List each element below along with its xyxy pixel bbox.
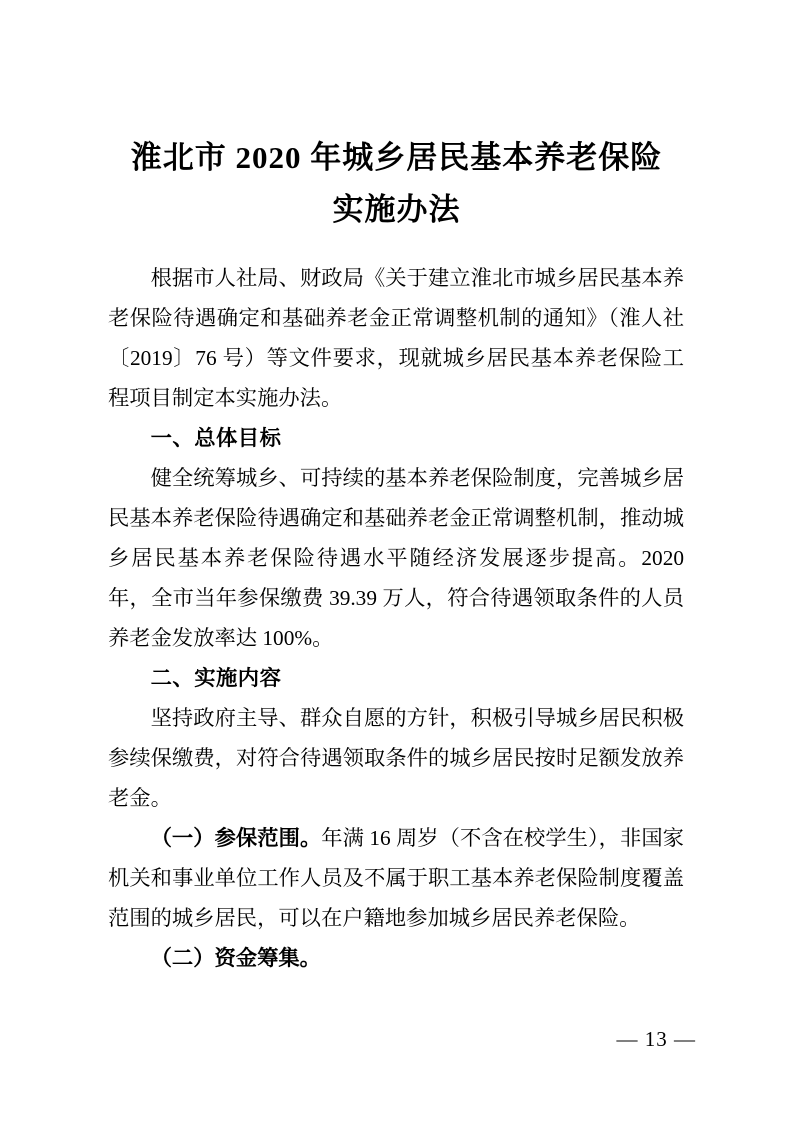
section-1-heading: 一、总体目标 — [108, 418, 684, 458]
page-number: — 13 — — [617, 1026, 697, 1052]
section-2-paragraph: 坚持政府主导、群众自愿的方针，积极引导城乡居民积极参续保缴费，对符合待遇领取条件… — [108, 698, 684, 818]
intro-paragraph: 根据市人社局、财政局《关于建立淮北市城乡居民基本养老保险待遇确定和基础养老金正常… — [108, 258, 684, 418]
document-title-line-1: 淮北市 2020 年城乡居民基本养老保险 — [0, 132, 793, 184]
item-1-lead: （一）参保范围。 — [151, 826, 322, 850]
item-1-paragraph: （一）参保范围。年满 16 周岁（不含在校学生），非国家机关和事业单位工作人员及… — [108, 818, 684, 938]
document-body: 根据市人社局、财政局《关于建立淮北市城乡居民基本养老保险待遇确定和基础养老金正常… — [108, 258, 684, 978]
item-2-lead: （二）资金筹集。 — [151, 946, 321, 970]
document-title: 淮北市 2020 年城乡居民基本养老保险 实施办法 — [0, 132, 793, 236]
document-title-line-2: 实施办法 — [0, 184, 793, 236]
section-2-heading: 二、实施内容 — [108, 658, 684, 698]
document-page: 淮北市 2020 年城乡居民基本养老保险 实施办法 根据市人社局、财政局《关于建… — [0, 0, 793, 1122]
section-1-paragraph: 健全统筹城乡、可持续的基本养老保险制度，完善城乡居民基本养老保险待遇确定和基础养… — [108, 458, 684, 658]
item-2-paragraph: （二）资金筹集。 — [108, 938, 684, 978]
